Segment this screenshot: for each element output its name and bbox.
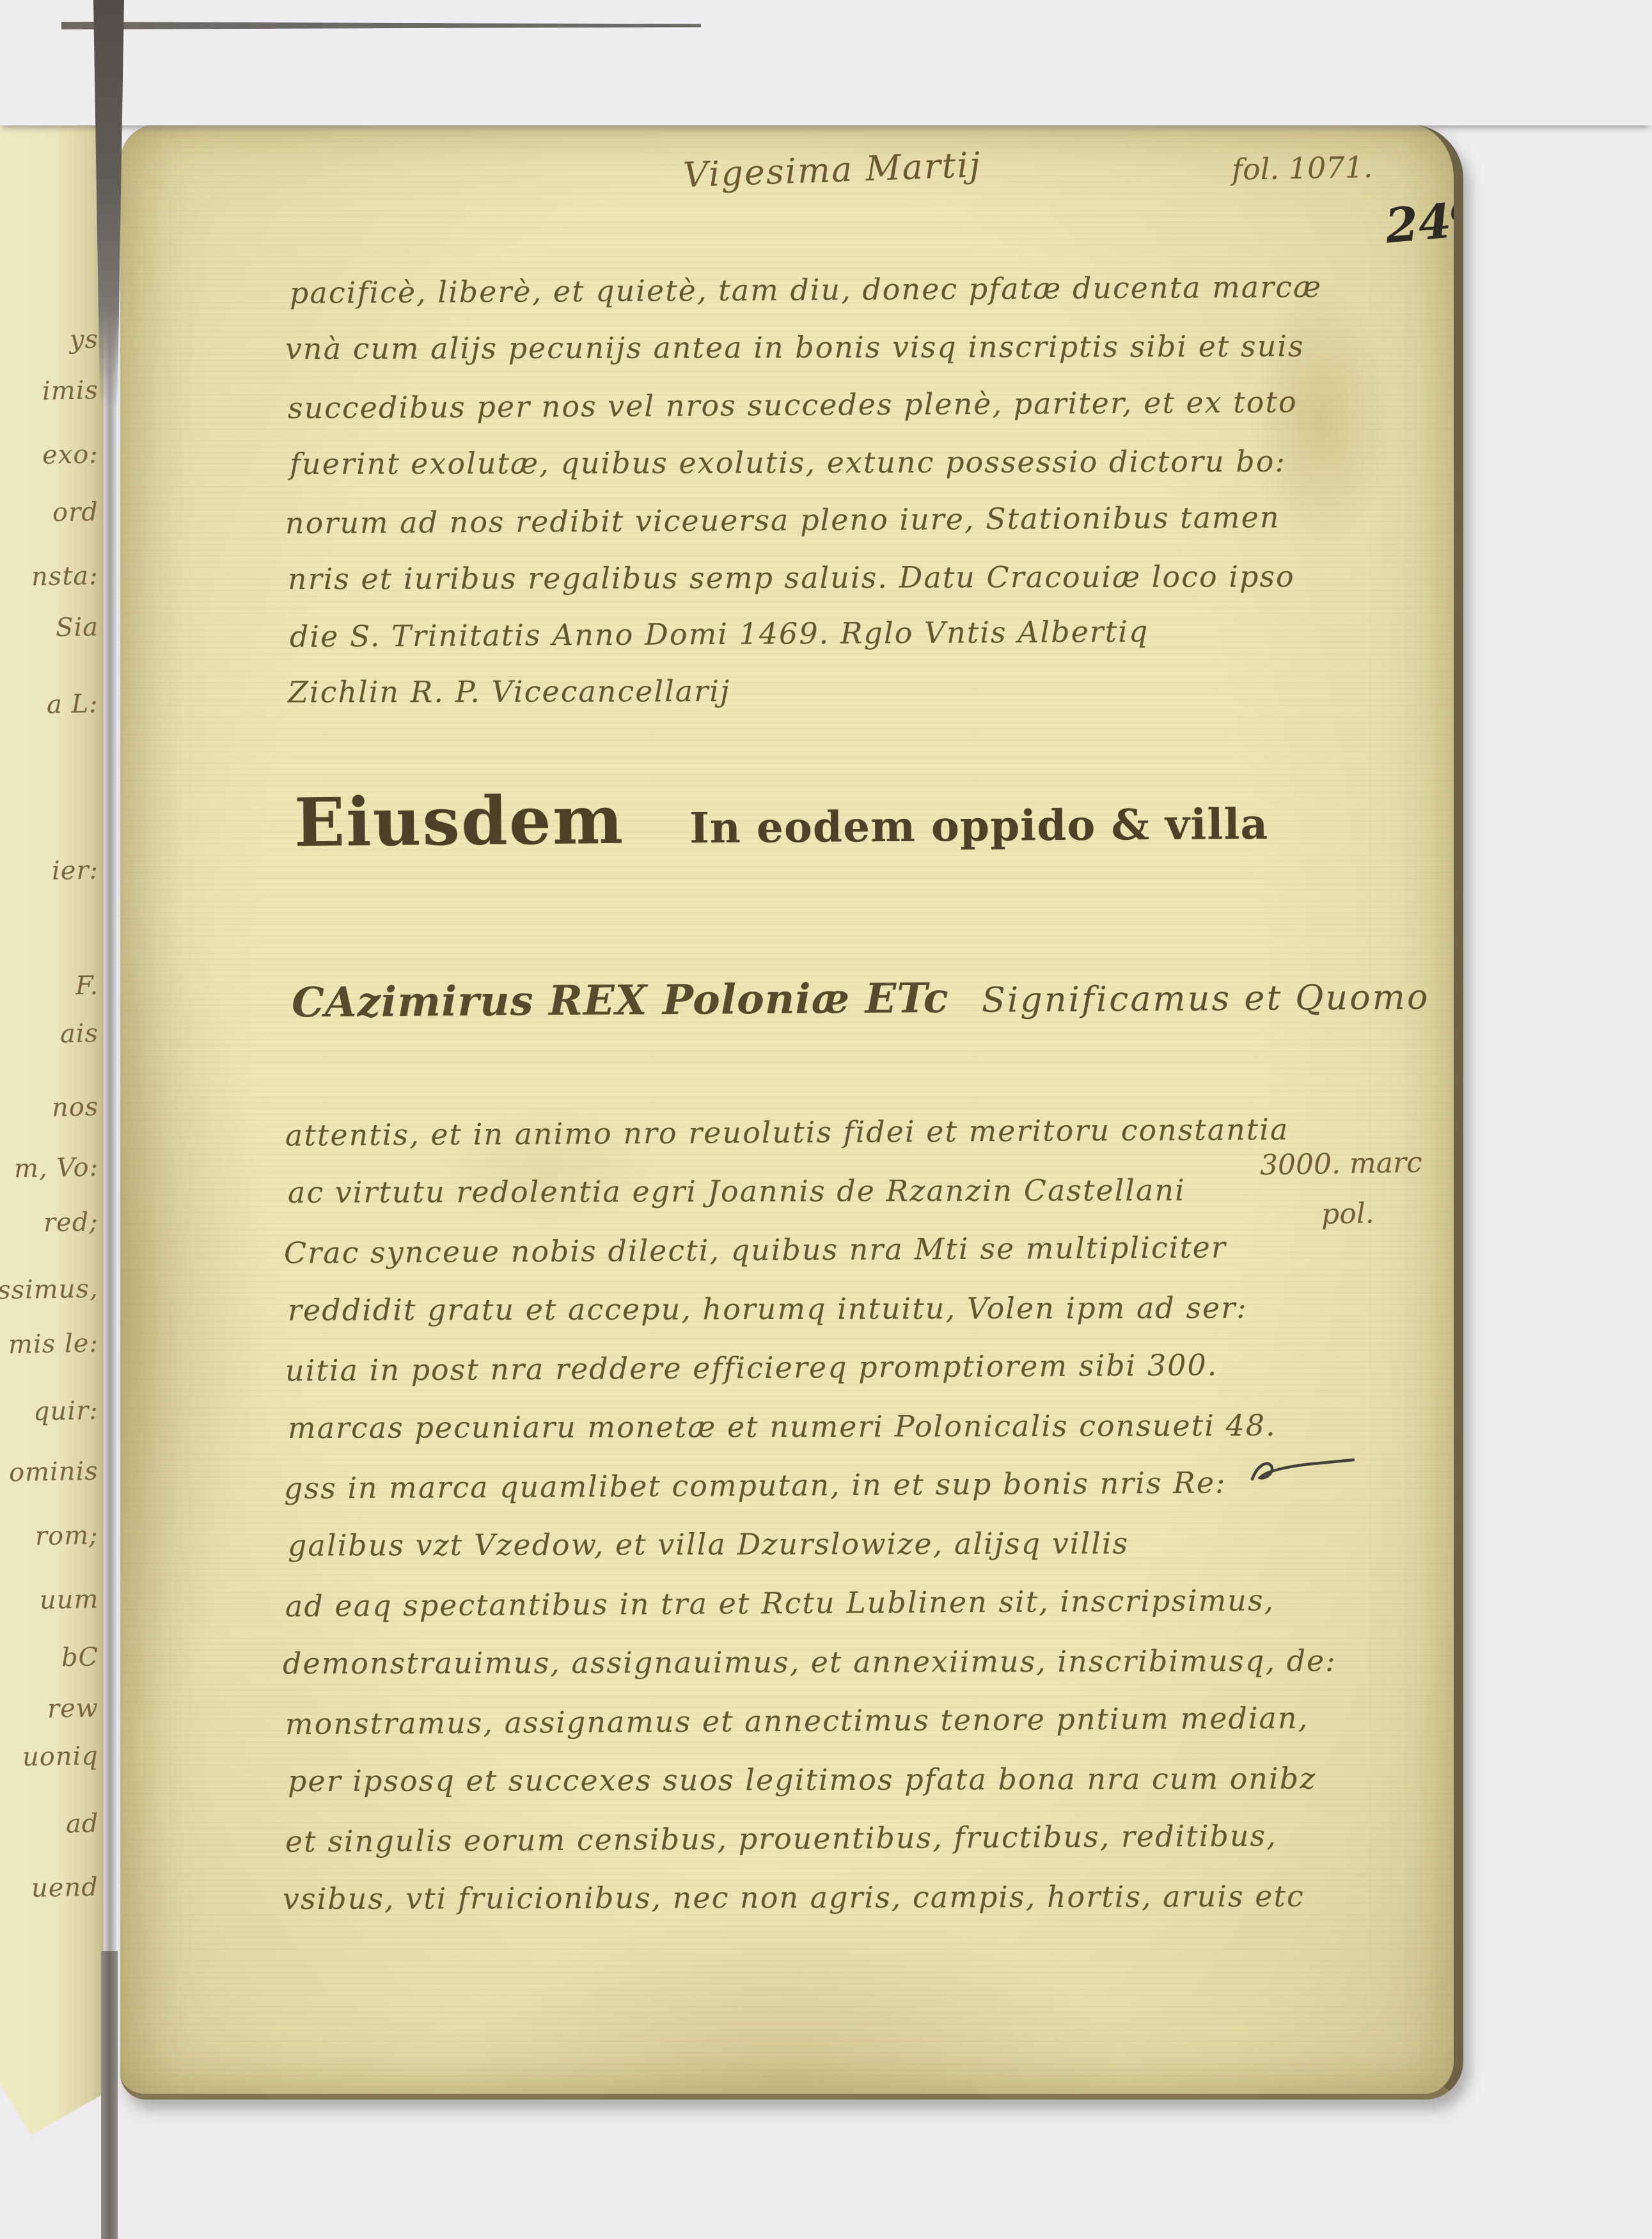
cutoff-text-fragment: nsta: [31, 561, 98, 592]
text-line: marcas pecuniaru monetæ et numeri Poloni… [288, 1408, 1277, 1445]
page-number: 240 [1383, 193, 1463, 255]
text-line: fuerint exolutæ, quibus exolutis, extunc… [290, 444, 1286, 481]
text-line: monstramus, assignamus et annectimus ten… [285, 1700, 1309, 1741]
text-line: ac virtutu redolentia egri Joannis de Rz… [288, 1173, 1186, 1210]
cutoff-text-fragment: F. [75, 971, 98, 1001]
text-line: Crac synceue nobis dilecti, quibus nra M… [284, 1230, 1227, 1270]
cutoff-text-fragment: ys [69, 325, 98, 355]
text-line: Zichlin R. P. Vicecancellarij [288, 674, 730, 709]
text-line: attentis, et in animo nro reuolutis fide… [285, 1112, 1289, 1153]
incipit-royal-title: CAzimirus REX Poloniæ ETc [292, 974, 949, 1027]
manuscript-page: Vigesima Martij fol. 1071. 240 pacificè,… [120, 124, 1463, 2100]
incipit-line: CAzimirus REX Poloniæ ETc Significamus e… [292, 971, 1430, 1027]
text-line: gss in marca quamlibet computan, in et s… [284, 1465, 1227, 1505]
margin-note-currency: pol. [1321, 1197, 1375, 1230]
page-number-digits: 24 [1383, 194, 1453, 255]
text-line: et singulis eorum censibus, prouentibus,… [285, 1818, 1277, 1858]
cutoff-text-fragment: quir: [33, 1396, 99, 1427]
text-line: reddidit gratu et accepu, horumq intuitu… [288, 1290, 1248, 1327]
cutoff-text-fragment: a L: [47, 689, 98, 719]
book-gutter-rod [101, 1951, 118, 2239]
text-line: per ipsosq et succexes suos legitimos pf… [288, 1761, 1316, 1798]
backing-sheet-right [1458, 0, 1652, 2239]
cutoff-text-fragment: ominis [9, 1457, 99, 1487]
margin-note-amount: 3000. marc [1260, 1146, 1422, 1182]
text-line: uitia in post nra reddere efficiereq pro… [285, 1348, 1218, 1388]
cutoff-text-fragment: nos [51, 1092, 98, 1122]
text-line: galibus vzt Vzedow, et villa Dzurslowize… [288, 1526, 1129, 1562]
cutoff-text-fragment: uum [39, 1585, 98, 1615]
text-line: die S. Trinitatis Anno Domi 1469. Rglo V… [290, 614, 1149, 654]
cutoff-text-fragment: ad [65, 1809, 98, 1839]
folio-number: fol. 1071. [1232, 150, 1373, 187]
text-line: norum ad nos redibit viceuersa pleno iur… [285, 500, 1280, 541]
text-line: demonstrauimus, assignauimus, et annexii… [283, 1643, 1337, 1681]
text-line: vnà cum alijs pecunijs antea in bonis vi… [285, 329, 1305, 366]
text-line: succedibus per nos vel nros succedes ple… [288, 384, 1298, 425]
cutoff-text-fragment: mis le: [8, 1329, 99, 1359]
entry-heading-place: In eodem oppido & villa [689, 799, 1269, 853]
backing-sheet-top [0, 0, 1652, 125]
cutoff-text-fragment: ord [52, 497, 99, 527]
cutoff-text-fragment: ssimus, [0, 1274, 98, 1306]
cutoff-text-fragment: uoniq [22, 1741, 99, 1772]
text-line: ad eaq spectantibus in tra et Rctu Lubli… [285, 1583, 1275, 1623]
text-line: pacificè, liberè, et quietè, tam diu, do… [290, 269, 1323, 310]
cutoff-text-fragment: exo: [42, 439, 99, 470]
cutoff-text-fragment: m, Vo: [13, 1153, 98, 1183]
cutoff-text-fragment: imis [42, 376, 99, 406]
facing-page-edge: ys imis exo: ord nsta: Sia a L: ier: F. … [0, 56, 104, 2135]
cutoff-text-fragment: uend [31, 1872, 99, 1903]
cutoff-text-fragment: ier: [52, 855, 99, 885]
cutoff-text-fragment: rom; [35, 1521, 98, 1551]
cutoff-text-fragment: rew [47, 1693, 99, 1723]
manuscript-scan: ys imis exo: ord nsta: Sia a L: ier: F. … [0, 0, 1652, 2239]
text-line: nris et iuribus regalibus semp saluis. D… [288, 559, 1295, 596]
cutoff-text-fragment: ais [59, 1018, 98, 1048]
incipit-formula: Significamus et Quomo [982, 977, 1430, 1020]
margin-flourish-mark [1245, 1455, 1360, 1488]
entry-heading-same-grantor: Eiusdem [294, 780, 624, 862]
cutoff-text-fragment: Sia [56, 612, 99, 642]
text-line: vsibus, vti fruicionibus, nec non agris,… [283, 1879, 1305, 1916]
cutoff-text-fragment: red; [43, 1207, 99, 1237]
cutoff-text-fragment: bC [61, 1642, 98, 1672]
running-head: Vigesima Martij [682, 145, 982, 195]
page-number-superscript: 0 [1449, 197, 1463, 226]
